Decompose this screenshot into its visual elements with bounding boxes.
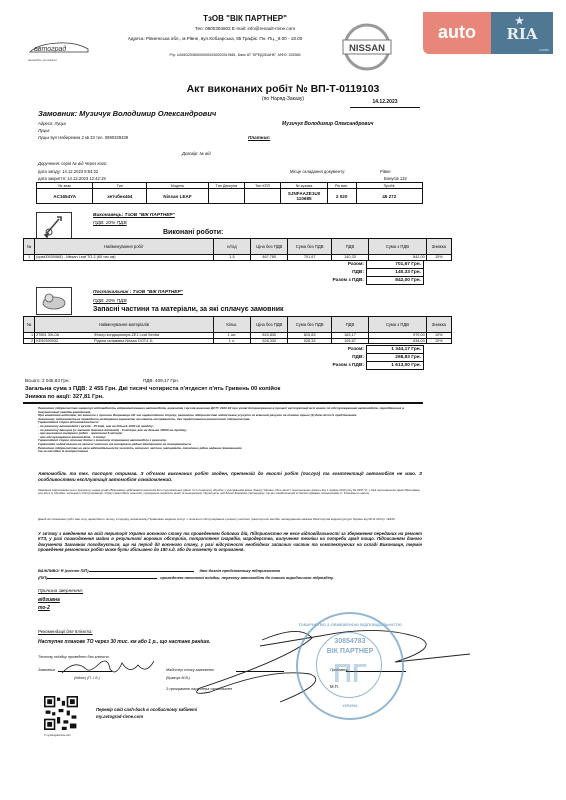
autoria-ria: ★ RIA .com	[491, 12, 553, 54]
table-cell: 10%	[426, 338, 451, 344]
arrival-date: дата заїзду: 14.12.2023 8:54:22	[38, 169, 98, 174]
works-header: Сума без ПДВ	[288, 239, 331, 255]
total-value: 140,33 Грн.	[367, 269, 424, 277]
autoria-watermark: auto ★ RIA .com	[423, 12, 553, 54]
works-title: Виконані роботи:	[163, 229, 223, 236]
customer-signature	[60, 655, 160, 679]
parts-header: Ціна без ПДВ	[251, 317, 288, 333]
works-header: №	[24, 239, 35, 255]
table-cell: 467,780	[251, 255, 288, 261]
total-value: 1 344,17 Грн.	[367, 346, 424, 354]
table-cell: 1,5	[213, 255, 250, 261]
logo-tagline: автомобіль для кожного	[28, 59, 90, 62]
personal-data-consent: Замовник підписанням цього документу над…	[38, 489, 422, 496]
recommendations-label: Рекомендації для Клієнта:	[38, 629, 93, 634]
works-totals: Разом:701,67 Грн.ПДВ:140,33 Грн.Разом з …	[300, 260, 424, 285]
total-label: Разом з ПДВ:	[300, 277, 367, 285]
autoria-com: .com	[538, 48, 549, 52]
works-header: Сума з ПДВ	[369, 239, 427, 255]
summary-vat: ПДВ: 409,17 Грн.	[143, 378, 179, 383]
table-cell: 528,330	[251, 338, 288, 344]
vehicle-cell: 2 020	[327, 189, 356, 204]
stamp-outer-text: ТОВАРИСТВО З ОБМЕЖЕНОЮ ВІДПОВІДАЛЬНІСТЮ	[298, 622, 402, 627]
svg-text:NISSAN: NISSAN	[349, 43, 385, 54]
proxy-line: Доручення: серія № від Через кого:	[38, 161, 107, 166]
document-date: 14.12.2023	[350, 99, 420, 108]
part-code: 27891 3XL0A	[36, 333, 94, 338]
star-icon: ★	[515, 0, 524, 44]
reason-item: відзивна	[38, 597, 60, 603]
works-header: Ціна без ПДВ	[251, 239, 288, 255]
total-label: ПДВ:	[300, 354, 367, 362]
total-row: ПДВ:140,33 Грн.	[300, 269, 424, 277]
company-stamp: ТОВАРИСТВО З ОБМЕЖЕНОЮ ВІДПОВІДАЛЬНІСТЮ …	[296, 612, 404, 720]
stamp-code: 30854783	[298, 638, 402, 645]
table-row: 2KE90399932Рідина гальмівна Nissan DOT4 …	[24, 338, 452, 344]
parts-vat: ПДВ: 20% ПДВ	[93, 299, 127, 304]
svg-text:автоград: автоград	[34, 45, 66, 53]
total-label: Разом:	[300, 261, 367, 269]
promo-discount: Знижка по акції: 327,81 Грн.	[25, 394, 104, 400]
parts-header: Найменування матеріалів	[35, 317, 214, 333]
table-cell: KE90399932Рідина гальмівна Nissan DOT4 1…	[35, 338, 214, 344]
reason-item: то-2	[38, 605, 50, 611]
total-row: ПДВ:268,83 Грн.	[300, 354, 424, 362]
contract-line: Договір: № від	[182, 151, 211, 156]
total-row: Разом:701,67 Грн.	[300, 261, 424, 269]
part-code: KE90399932	[36, 339, 94, 344]
total-label: Разом з ПДВ:	[300, 362, 367, 370]
customer-address-2: Луцьк	[38, 128, 50, 133]
works-header: Знижка	[426, 239, 451, 255]
table-cell: 528,33	[288, 338, 331, 344]
parts-header: №	[24, 317, 35, 333]
company-contacts: Тел: 0800304602 E-mail: info@renault-riv…	[110, 26, 380, 31]
table-cell: 15%	[426, 255, 451, 261]
works-header: ПДВ	[331, 239, 368, 255]
vehicle-cell: SJNFAAZE1U0 110685	[281, 189, 327, 204]
part-name: Фільтр кондиціонера ZE1 Leaf Sentra	[94, 333, 159, 337]
company-bank: Р/р: UA063253650000000260020019681, Банк…	[120, 53, 350, 57]
customer-address-1: Адреса: Луцьк	[38, 121, 66, 126]
parts-title: Запасні частини та матеріали, за які спл…	[93, 306, 284, 313]
war-notice: У зв'язку з введенням на всій території …	[38, 531, 422, 553]
document-subtitle: (по Наряд-Заказу)	[0, 96, 566, 102]
vehicle-table: № знакТипМодельТип ДвигунаТип КПП№ кузов…	[36, 182, 423, 204]
qr-caption: © my.avtograd-rivne.com	[44, 734, 71, 737]
company-name: ТзОВ "ВІК ПАРТНЕР"	[150, 14, 340, 23]
nissan-logo: NISSAN	[342, 22, 392, 72]
parts-totals: Разом:1 344,17 Грн.ПДВ:268,83 Грн.Разом …	[300, 345, 424, 370]
vehicle-cell: хетчбек464	[93, 189, 147, 204]
parts-header: Кільк.	[213, 317, 250, 333]
works-header: Найменування робіт	[35, 239, 214, 255]
table-cell: (орю00000968) - Nissan Leaf TO-2 (60 тис…	[35, 255, 214, 261]
bonus-count: Бонусів 132	[384, 176, 407, 181]
vehicle-cell	[245, 189, 281, 204]
important-line-2: (ПІП)проведення тестової поїздки, перего…	[38, 575, 334, 580]
parts-header: Знижка	[426, 317, 451, 333]
table-cell: 1 л.	[213, 338, 250, 344]
vehicle-cell: AC1654YA	[37, 189, 93, 204]
grand-total: Загальна сума з ПДВ: 2 455 Грн. Дві тися…	[25, 386, 280, 392]
parts-header: ПДВ	[331, 317, 368, 333]
total-row: Разом з ПДВ:842,00 Грн.	[300, 277, 424, 285]
total-value: 268,83 Грн.	[367, 354, 424, 362]
reason-label: Причина звернення:	[38, 589, 83, 594]
total-value: 842,00 Грн.	[367, 277, 424, 285]
vehicle-cell: Nissan LEAF	[147, 189, 208, 204]
table-cell: 2	[24, 338, 35, 344]
table-cell: 105,67	[331, 338, 368, 344]
place-label: Місце складання документу:	[290, 169, 345, 174]
stamp-name: ВІК ПАРТНЕР	[298, 648, 402, 655]
summary-total: Всього: 2 045,83 Грн.	[25, 378, 70, 383]
warranty-terms: Ремонтне підприємство гарантує відповідн…	[38, 407, 422, 454]
total-value: 1 613,00 Грн.	[367, 362, 424, 370]
cashback-note: Перевір свій cash-back в особистому кабі…	[96, 707, 197, 712]
qr-code[interactable]	[44, 696, 78, 730]
act-note: Даний Акт виконаних робіт має силу гаран…	[38, 518, 422, 521]
payer-label: Платник:	[248, 135, 270, 140]
place-value: Рівне	[380, 169, 391, 174]
total-row: Разом з ПДВ:1 613,00 Грн.	[300, 362, 424, 370]
acceptance-statement: Автомобіль та тех. паспорт отримав. З об…	[38, 471, 422, 482]
total-value: 701,67 Грн.	[367, 261, 424, 269]
table-cell: 1	[24, 255, 35, 261]
works-table: №Найменування робітн/годЦіна без ПДВСума…	[23, 238, 452, 261]
wrench-icon	[36, 212, 72, 240]
part-name: Рідина гальмівна Nissan DOT4 1L	[94, 339, 153, 343]
customer-address-3: Луцьк вул Набережна 2 кв 33 тел. 0990329…	[38, 135, 128, 140]
vehicle-cell: 45 272	[356, 189, 422, 204]
divider	[23, 402, 423, 404]
works-header: н/год	[213, 239, 250, 255]
avtograd-logo: автоград автомобіль для кожного	[28, 40, 90, 60]
company-address: Адреса: Рівненська обл., м.Рівне, вул.Ко…	[95, 36, 335, 41]
total-label: ПДВ:	[300, 269, 367, 277]
parts-supplier: Постачальник : ТзОВ "ВІК ПАРТНЕР"	[93, 290, 183, 295]
customer-heading: Замовник: Музичук Володимир Олександрови…	[38, 109, 216, 118]
stamp-country: УКРАЇНА	[298, 704, 402, 708]
works-vat: ПДВ: 20% ПДВ	[93, 221, 127, 226]
closing-date: дата закриття: 14.12.2023 12:42:19	[38, 176, 106, 181]
document-title: Акт виконаних робіт № ВП-Т-0119103	[0, 83, 566, 95]
parts-header: Сума з ПДВ	[369, 317, 427, 333]
table-cell: 634,00	[369, 338, 427, 344]
parts-icon	[36, 287, 72, 315]
stamp-monogram: ПГ	[298, 658, 402, 689]
vehicle-cell	[208, 189, 244, 204]
parts-header: Сума без ПДВ	[288, 317, 331, 333]
warranty-line: та за наслідки їх використання	[38, 450, 422, 454]
customer-sign-label: Замовник	[38, 668, 55, 672]
payer-name: Музичук Володимир Олександрович	[282, 121, 373, 127]
total-row: Разом:1 344,17 Грн.	[300, 346, 424, 354]
works-executor: Виконавець: ТзОВ "ВІК ПАРТНЕР"	[93, 213, 175, 218]
autoria-auto: auto	[423, 12, 491, 54]
total-label: Разом:	[300, 346, 367, 354]
cashback-site[interactable]: my.avtograd-rivne.com	[96, 714, 143, 719]
important-line-1: ВАЖЛИВО! Я (клієнт ПІП)даю дозвіл предст…	[38, 568, 280, 573]
parts-table: №Найменування матеріалівКільк.Ціна без П…	[23, 316, 452, 344]
